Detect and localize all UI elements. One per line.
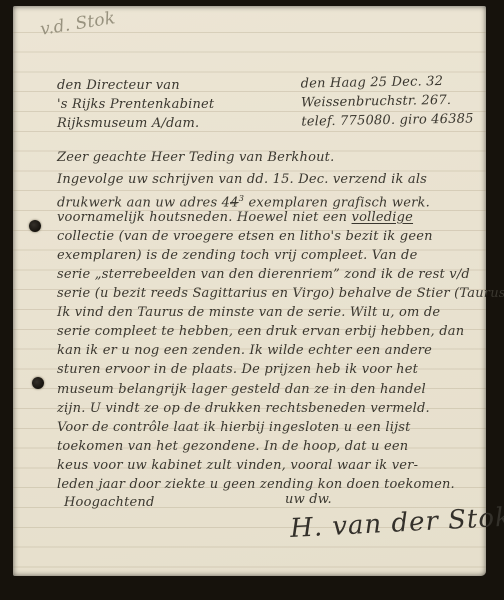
handwritten-line: sturen ervoor in de plaats. De prijzen h… bbox=[57, 360, 504, 379]
handwritten-line: serie (u bezit reeds Sagittarius en Virg… bbox=[57, 284, 504, 303]
handwritten-line: voornamelijk houtsneden. Hoewel niet een… bbox=[57, 208, 504, 227]
valediction-abbreviation: uw dw. bbox=[285, 492, 332, 507]
punch-hole-top bbox=[29, 220, 41, 232]
handwritten-line: kan ik er u nog een zenden. Ik wilde ech… bbox=[57, 341, 504, 360]
sender-address-block: den Haag 25 Dec. 32Weissenbruchstr. 267.… bbox=[301, 72, 474, 132]
handwritten-line: Rijksmuseum A/dam. bbox=[57, 114, 214, 133]
handwritten-line: leden jaar door ziekte u geen zending ko… bbox=[57, 475, 504, 494]
handwritten-line: zijn. U vindt ze op de drukken rechtsben… bbox=[57, 399, 504, 418]
handwritten-line: serie compleet te hebben, een druk ervan… bbox=[57, 322, 504, 341]
scanned-letter-photo: { "document_type": "handwritten letter (… bbox=[0, 0, 504, 600]
handwritten-line: serie „sterrebeelden van den dierenriem”… bbox=[57, 265, 504, 284]
letter-body: Ingevolge uw schrijven van dd. 15. Dec. … bbox=[57, 170, 504, 494]
handwritten-line: drukwerk aan uw adres 443 exemplaren gra… bbox=[57, 189, 504, 208]
handwritten-line: 's Rijks Prentenkabinet bbox=[57, 95, 214, 114]
handwritten-line: keus voor uw kabinet zult vinden, vooral… bbox=[57, 456, 504, 475]
pencil-annotation: v.d. Stok bbox=[39, 8, 117, 40]
handwritten-line: Ingevolge uw schrijven van dd. 15. Dec. … bbox=[57, 170, 504, 189]
letter-paper: v.d. Stok den Directeur van's Rijks Pren… bbox=[13, 6, 486, 576]
handwritten-line: collectie (van de vroegere etsen en lith… bbox=[57, 227, 504, 246]
handwritten-line: Ik vind den Taurus de minste van de seri… bbox=[57, 303, 504, 322]
handwritten-line: museum belangrijk lager gesteld dan ze i… bbox=[57, 380, 504, 399]
handwritten-line: telef. 775080. giro 46385 bbox=[301, 110, 474, 132]
handwritten-line: den Directeur van bbox=[57, 76, 214, 95]
handwritten-line: exemplaren) is de zending toch vrij comp… bbox=[57, 246, 504, 265]
punch-hole-bottom bbox=[32, 377, 44, 389]
salutation: Zeer geachte Heer Teding van Berkhout. bbox=[57, 150, 334, 165]
signature: H. van der Stok. bbox=[289, 502, 504, 544]
valediction: Hoogachtend bbox=[64, 495, 155, 510]
handwritten-line: Voor de contrôle laat ik hierbij ingeslo… bbox=[57, 418, 504, 437]
handwritten-line: toekomen van het gezondene. In de hoop, … bbox=[57, 437, 504, 456]
recipient-address-block: den Directeur van's Rijks Prentenkabinet… bbox=[57, 76, 214, 133]
